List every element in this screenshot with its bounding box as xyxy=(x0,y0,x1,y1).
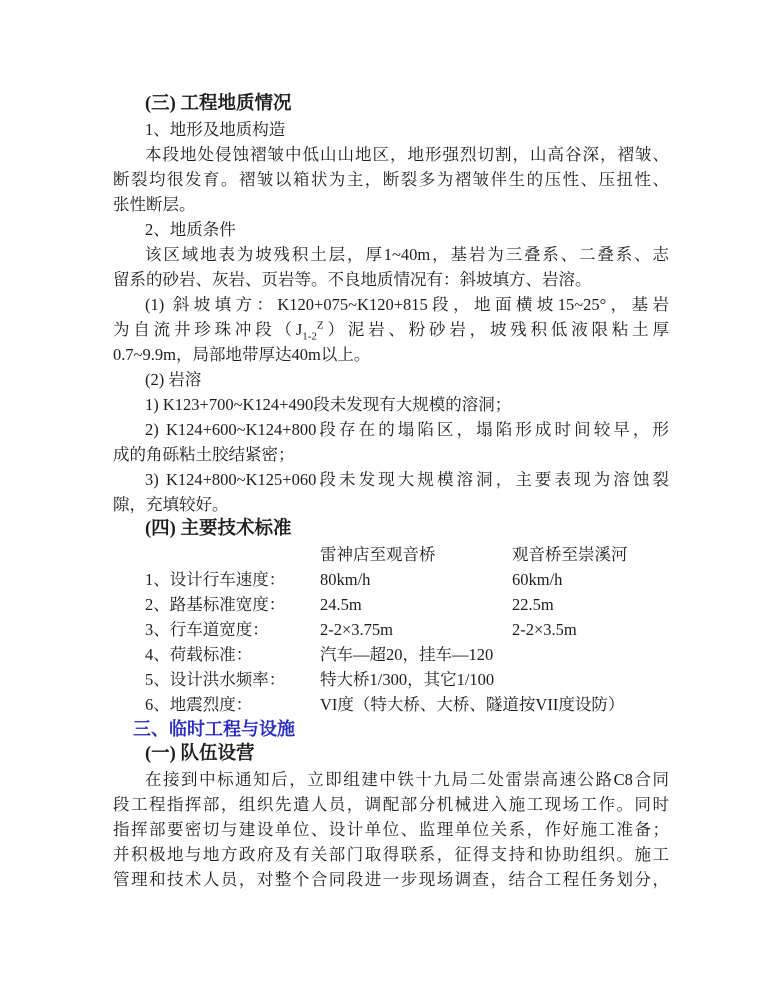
para-line: 断裂均很发育。褶皱以箱状为主，断裂多为褶皱伴生的压性、压扭性、 xyxy=(113,167,669,192)
table-row: 1、设计行车速度： 80km/h 60km/h xyxy=(113,567,669,592)
para-line: 段工程指挥部，组织先遣人员，调配部分机械进入施工现场工作。同时 xyxy=(113,792,669,817)
table-row-label: 3、行车道宽度： xyxy=(145,617,269,642)
para-line: 该区域地表为坡残积土层，厚1~40m，基岩为三叠系、二叠系、志 xyxy=(113,242,669,267)
para-line: 0.7~9.9m，局部地带厚达40m以上。 xyxy=(113,342,669,367)
item-karst-title: (2) 岩溶 xyxy=(113,367,669,392)
para-line: 指挥部要密切与建设单位、设计单位、监理单位关系，作好施工准备； xyxy=(113,817,669,842)
para-line: 本段地处侵蚀褶皱中低山山地区，地形强烈切割，山高谷深，褶皱、 xyxy=(113,142,669,167)
table-header-route1: 雷神店至观音桥 xyxy=(320,542,436,567)
subheading-terrain-structure: 1、地形及地质构造 xyxy=(113,117,669,142)
table-row: 2、路基标准宽度： 24.5m 22.5m xyxy=(113,592,669,617)
formula-suffix: ）泥岩、粉砂岩，坡残积低液限粘土厚 xyxy=(324,320,669,339)
heading-technical-standards: (四) 主要技术标准 xyxy=(113,517,669,542)
para-line: 留系的砂岩、灰岩、页岩等。不良地质情况有：斜坡填方、岩溶。 xyxy=(113,267,669,292)
table-row: 4、荷载标准： 汽车—超20，挂车—120 xyxy=(113,642,669,667)
table-row-label: 6、地震烈度： xyxy=(145,692,252,717)
table-row-label: 5、设计洪水频率： xyxy=(145,667,285,692)
karst-item-line: 1) K123+700~K124+490段未发现有大规模的溶洞； xyxy=(113,392,669,417)
subheading-geological-conditions: 2、地质条件 xyxy=(113,217,669,242)
table-cell: 22.5m xyxy=(512,592,554,617)
para-line: 并积极地与地方政府及有关部门取得联系，征得支持和协助组织。施工 xyxy=(113,842,669,867)
table-row-label: 4、荷载标准： xyxy=(145,642,252,667)
standards-table: 雷神店至观音桥 观音桥至崇溪河 1、设计行车速度： 80km/h 60km/h … xyxy=(113,542,669,717)
table-row: 5、设计洪水频率： 特大桥1/300，其它1/100 xyxy=(113,667,669,692)
table-row-label: 2、路基标准宽度： xyxy=(145,592,285,617)
table-cell: 2-2×3.75m xyxy=(320,617,393,642)
table-row-label: 1、设计行车速度： xyxy=(145,567,285,592)
table-cell: 特大桥1/300，其它1/100 xyxy=(320,667,494,692)
karst-item-line: 2) K124+600~K124+800段存在的塌陷区，塌陷形成时间较早，形 xyxy=(113,417,669,442)
para-line-slope-formula: 为自流井珍珠冲段（J1-2Z）泥岩、粉砂岩，坡残积低液限粘土厚 xyxy=(113,317,669,342)
para-line: 张性断层。 xyxy=(113,192,669,217)
table-cell: 60km/h xyxy=(512,567,562,592)
formula-prefix: 为自流井珍珠冲段（J xyxy=(113,320,302,339)
karst-item-line: 成的角砾粘土胶结紧密； xyxy=(113,442,669,467)
table-cell: 汽车—超20，挂车—120 xyxy=(320,642,493,667)
table-row: 3、行车道宽度： 2-2×3.75m 2-2×3.5m xyxy=(113,617,669,642)
karst-item-line: 3) K124+800~K125+060段未发现大规模溶洞，主要表现为溶蚀裂 xyxy=(113,467,669,492)
table-cell: 2-2×3.5m xyxy=(512,617,577,642)
table-cell: 80km/h xyxy=(320,567,370,592)
table-header-row: 雷神店至观音桥 观音桥至崇溪河 xyxy=(113,542,669,567)
document-page: (三) 工程地质情况 1、地形及地质构造 本段地处侵蚀褶皱中低山山地区，地形强烈… xyxy=(0,0,765,990)
karst-item-line: 隙，充填较好。 xyxy=(113,492,669,517)
table-header-route2: 观音桥至崇溪河 xyxy=(512,542,628,567)
table-cell: 24.5m xyxy=(320,592,362,617)
formula-superscript: Z xyxy=(317,320,324,332)
para-line-slope-fill: (1) 斜坡填方：K120+075~K120+815段，地面横坡15~25°，基… xyxy=(113,292,669,317)
para-line: 管理和技术人员，对整个合同段进一步现场调查，结合工程任务划分， xyxy=(113,867,669,892)
heading-team-camp: (一) 队伍设营 xyxy=(113,742,669,767)
formula-subscript: 1-2 xyxy=(302,330,317,342)
heading-engineering-geology: (三) 工程地质情况 xyxy=(113,92,669,117)
table-cell: VI度（特大桥、大桥、隧道按VII度设防） xyxy=(320,692,624,717)
document-body: (三) 工程地质情况 1、地形及地质构造 本段地处侵蚀褶皱中低山山地区，地形强烈… xyxy=(113,92,669,892)
para-line: 在接到中标通知后，立即组建中铁十九局二处雷崇高速公路C8合同 xyxy=(113,767,669,792)
heading-temporary-works: 三、临时工程与设施 xyxy=(113,717,669,742)
table-row: 6、地震烈度： VI度（特大桥、大桥、隧道按VII度设防） xyxy=(113,692,669,717)
